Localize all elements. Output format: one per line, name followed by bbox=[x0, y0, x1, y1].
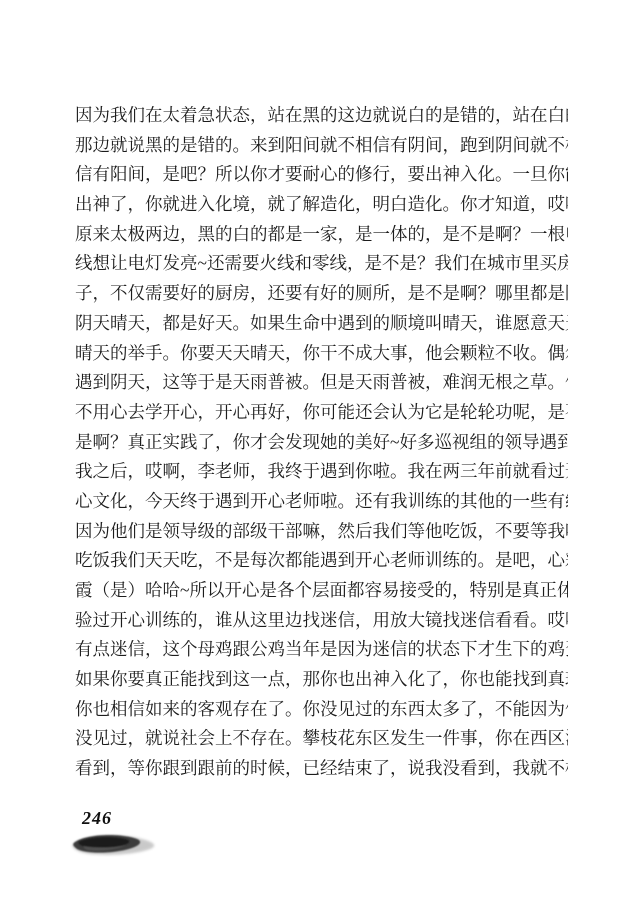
text-line: 我之后，哎啊，李老师，我终于遇到你啦。我在两三年前就看过开 bbox=[75, 457, 568, 487]
text-line: 因为他们是领导级的部级干部嘛，然后我们等他吃饭，不要等我吃饭， bbox=[75, 517, 568, 547]
text-line: 那边就说黑的是错的。来到阳间就不相信有阴间，跑到阴间就不相 bbox=[75, 131, 568, 161]
ink-brush-smudge-icon bbox=[70, 831, 160, 857]
text-line: 没见过，就说社会上不存在。攀枝花东区发生一件事，你在西区没 bbox=[75, 724, 568, 754]
text-line: 子，不仅需要好的厨房，还要有好的厕所，是不是啊？哪里都是阴阳。 bbox=[75, 279, 568, 309]
text-line: 信有阳间，是吧？所以你才要耐心的修行，要出神入化。一旦你能 bbox=[75, 160, 568, 190]
text-line: 遇到阴天，这等于是天雨普被。但是天雨普被，难润无根之草。你 bbox=[75, 368, 568, 398]
text-line: 不用心去学开心，开心再好，你可能还会认为它是轮轮功呢，是不 bbox=[75, 398, 568, 428]
text-line: 原来太极两边，黑的白的都是一家，是一体的，是不是啊？一根电 bbox=[75, 220, 568, 250]
text-line: 线想让电灯发亮~还需要火线和零线，是不是？我们在城市里买房 bbox=[75, 249, 568, 279]
text-line: 霞（是）哈哈~所以开心是各个层面都容易接受的，特别是真正体 bbox=[75, 576, 568, 606]
text-line: 阴天晴天，都是好天。如果生命中遇到的顺境叫晴天，谁愿意天天 bbox=[75, 309, 568, 339]
text-line: 你也相信如来的客观存在了。你没见过的东西太多了，不能因为你 bbox=[75, 695, 568, 725]
page-number: 246 bbox=[82, 808, 190, 829]
text-line: 出神了，你就进入化境，就了解造化，明白造化。你才知道，哎啊， bbox=[75, 190, 568, 220]
text-line: 因为我们在太着急状态，站在黑的这边就说白的是错的，站在白的 bbox=[75, 101, 568, 131]
body-text: 因为我们在太着急状态，站在黑的这边就说白的是错的，站在白的 那边就说黑的是错的。… bbox=[75, 101, 568, 784]
text-line: 验过开心训练的，谁从这里边找迷信，用放大镜找迷信看看。哎哟 bbox=[75, 606, 568, 636]
text-line: 吃饭我们天天吃，不是每次都能遇到开心老师训练的。是吧，心彩 bbox=[75, 546, 568, 576]
text-line: 晴天的举手。你要天天晴天，你干不成大事，他会颗粒不收。偶尔 bbox=[75, 339, 568, 369]
text-line: 心文化，今天终于遇到开心老师啦。还有我训练的其他的一些有缘人， bbox=[75, 487, 568, 517]
text-line: 是啊？真正实践了，你才会发现她的美好~好多巡视组的领导遇到 bbox=[75, 428, 568, 458]
text-line: 如果你要真正能找到这一点，那你也出神入化了，你也能找到真理了， bbox=[75, 665, 568, 695]
text-line: 有点迷信，这个母鸡跟公鸡当年是因为迷信的状态下才生下的鸡蛋。 bbox=[75, 635, 568, 665]
text-line: 看到，等你跟到跟前的时候，已经结束了，说我没看到，我就不相 bbox=[75, 754, 568, 784]
book-page: 因为我们在太着急状态，站在黑的这边就说白的是错的，站在白的 那边就说黑的是错的。… bbox=[0, 0, 643, 907]
page-footer: 246 bbox=[70, 808, 190, 857]
